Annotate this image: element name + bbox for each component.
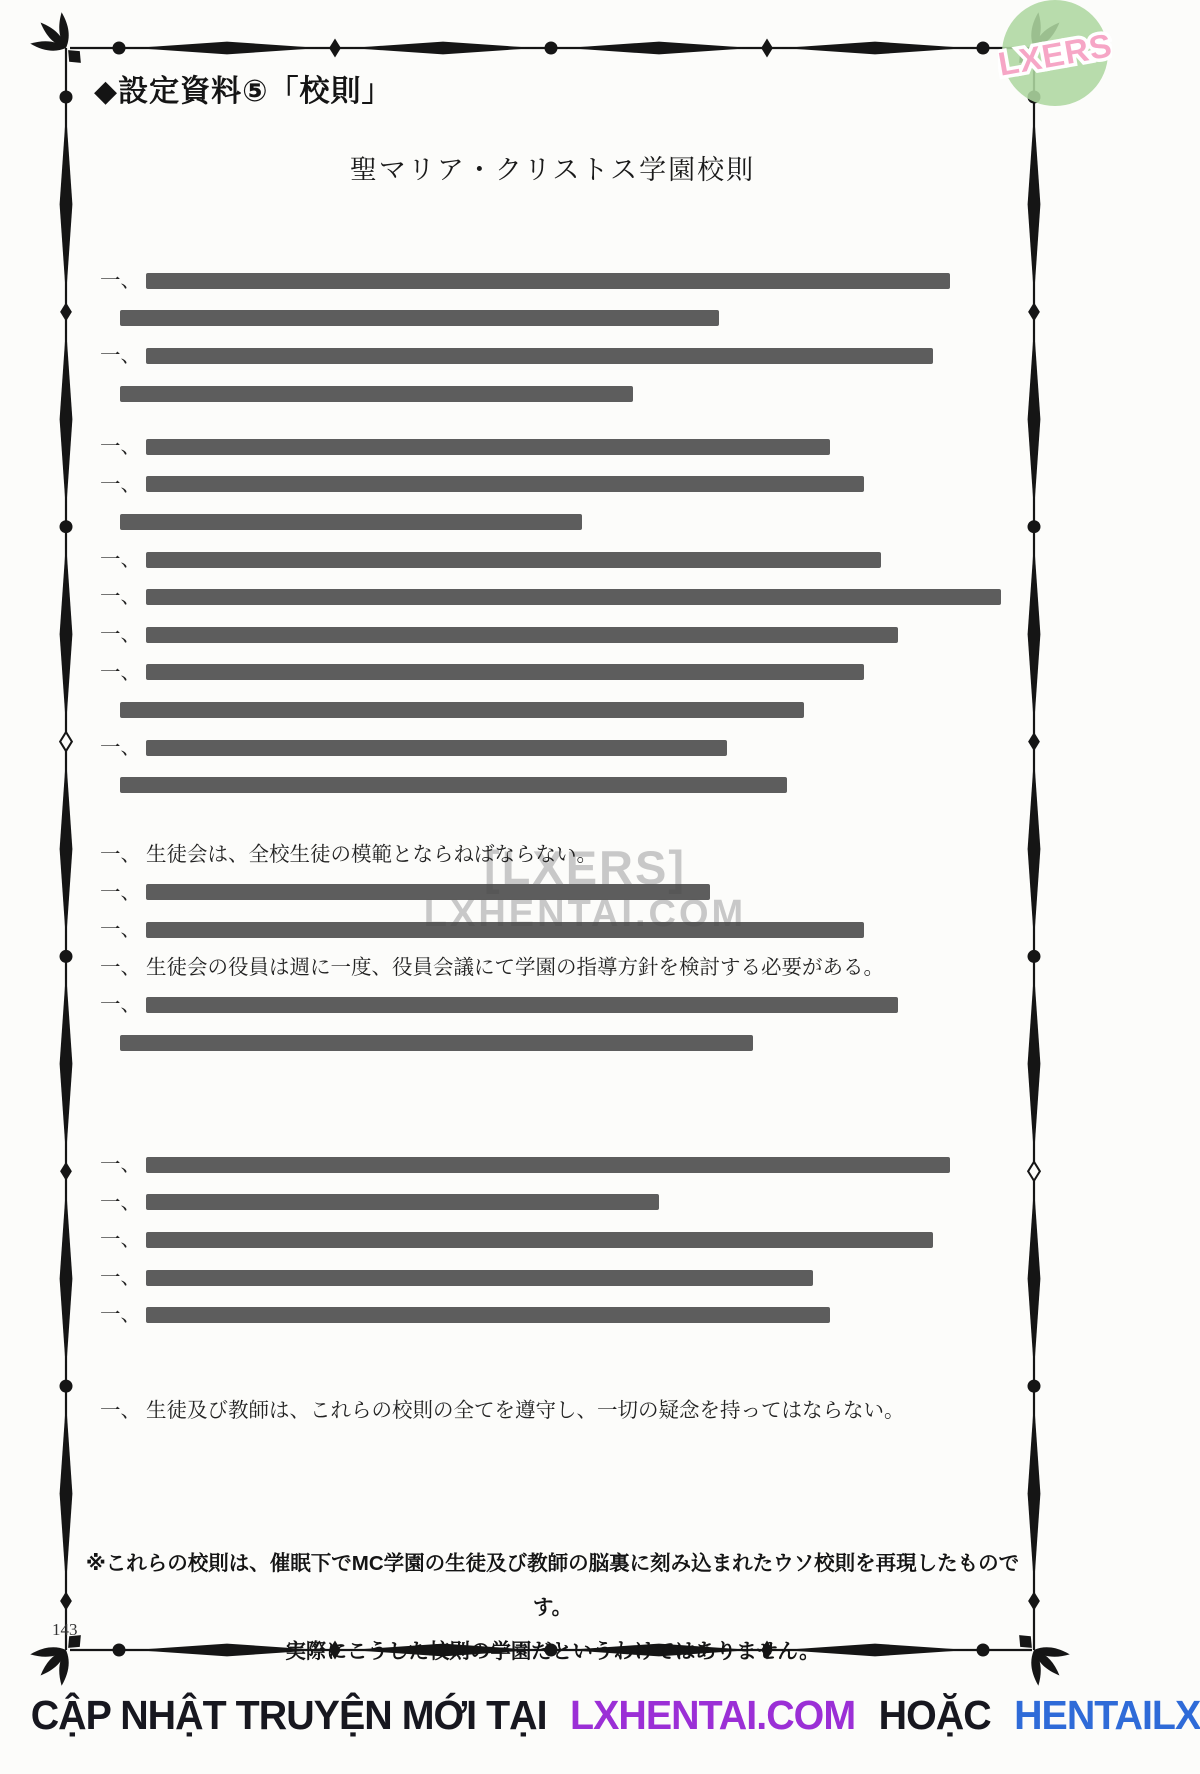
rule-line: 一、 [100,466,1045,504]
footer-text-prefix: CẬP NHẬT TRUYỆN MỚI TẠI [31,1692,547,1738]
rule-item-marker: 一、 [100,1392,146,1430]
redacted-text-bar [146,476,864,492]
redacted-text-bar [146,273,950,289]
redacted-text-bar [146,552,881,568]
rule-item-marker: 一、 [100,729,146,767]
redacted-text-bar [146,1194,659,1210]
rules-block-1: 一、一、 [100,262,1045,412]
rule-line: 一、 [100,428,1045,466]
redacted-text-bar [120,310,719,326]
rule-line: 一、 [100,874,1045,912]
rule-continuation-line [100,691,1045,729]
redacted-text-bar [146,664,864,680]
footer-text-middle: HOẶC [879,1692,991,1738]
section-header: ◆設定資料⑤「校則」 [94,66,392,110]
rule-line: 一、 [100,729,1045,767]
rule-item-marker: 一、 [100,578,146,616]
redacted-text-bar [120,1035,753,1051]
rule-line: 一、 [100,616,1045,654]
redacted-text-bar [146,740,727,756]
redacted-text-bar [146,884,710,900]
lxers-logo-badge: LXERS [998,0,1112,114]
rule-item-marker: 一、 [100,1259,146,1297]
rules-block-4: 一、一、一、一、一、 [100,1146,1045,1334]
rule-continuation-line [100,300,1045,338]
redacted-text-bar [146,1232,933,1248]
rule-line: 一、 [100,1296,1045,1334]
rules-block-3: 一、生徒会は、全校生徒の模範とならねばならない。一、一、一、生徒会の役員は週に一… [100,836,1045,1062]
rule-line: 一、 [100,262,1045,300]
disclaimer-note: ※これらの校則は、催眠下でMC学園の生徒及び教師の脳裏に刻み込まれたウソ校則を再… [70,1542,1035,1674]
rule-continuation-line [100,1024,1045,1062]
rule-item-marker: 一、 [100,1296,146,1334]
rule-item-marker: 一、 [100,874,146,912]
rule-item-marker: 一、 [100,949,146,987]
redacted-text-bar [120,514,582,530]
document-title: 聖マリア・クリストス学園校則 [70,148,1035,187]
redacted-text-bar [120,386,633,402]
rule-item-marker: 一、 [100,616,146,654]
rule-item-marker: 一、 [100,1146,146,1184]
rule-item-marker: 一、 [100,1221,146,1259]
redacted-text-bar [146,589,1001,605]
rule-line: 一、生徒会の役員は週に一度、役員会議にて学園の指導方針を検討する必要がある。 [100,949,1045,987]
redacted-text-bar [146,439,830,455]
page-number: 143 [52,1620,78,1640]
rule-item-marker: 一、 [100,428,146,466]
redacted-text-bar [146,997,898,1013]
rule-continuation-line [100,766,1045,804]
rule-line: 一、 [100,654,1045,692]
rule-item-marker: 一、 [100,466,146,504]
footer-banner: CẬP NHẬT TRUYỆN MỚI TẠI LXHENTAI.COM HOẶ… [24,1692,1176,1739]
rule-line: 一、生徒会は、全校生徒の模範とならねばならない。 [100,836,1045,874]
redacted-text-bar [146,348,933,364]
footer-site-hentailxx: HENTAILXX. COM [1014,1692,1200,1738]
rule-item-marker: 一、 [100,986,146,1024]
rules-block-2: 一、一、一、一、一、一、一、 [100,428,1045,804]
footer-site-lxhentai: LXHENTAI.COM [570,1692,855,1738]
redacted-text-bar [146,922,864,938]
disclaimer-line-1: ※これらの校則は、催眠下でMC学園の生徒及び教師の脳裏に刻み込まれたウソ校則を再… [70,1542,1035,1630]
rule-line: 一、 [100,1221,1045,1259]
redacted-text-bar [146,1157,950,1173]
rule-item-marker: 一、 [100,654,146,692]
rule-line: 一、 [100,541,1045,579]
redacted-text-bar [120,777,787,793]
rule-line: 一、 [100,1146,1045,1184]
redacted-text-bar [146,1307,830,1323]
rules-block-5: 一、生徒及び教師は、これらの校則の全てを遵守し、一切の疑念を持ってはならない。 [100,1392,1045,1430]
rule-continuation-line [100,375,1045,413]
rule-line: 一、 [100,911,1045,949]
rule-continuation-line [100,503,1045,541]
rule-item-marker: 一、 [100,1184,146,1222]
scanned-document-page: ◆設定資料⑤「校則」 聖マリア・クリストス学園校則 一、一、一、一、一、一、一、… [0,0,1200,1774]
disclaimer-line-2: 実際にこうした校則の学園だというわけではありません。 [70,1630,1035,1674]
redacted-text-bar [146,1270,813,1286]
rule-text: 生徒及び教師は、これらの校則の全てを遵守し、一切の疑念を持ってはならない。 [146,1392,905,1430]
rule-line: 一、 [100,1259,1045,1297]
rule-line: 一、 [100,986,1045,1024]
rule-text: 生徒会の役員は週に一度、役員会議にて学園の指導方針を検討する必要がある。 [146,949,884,987]
rule-line: 一、 [100,337,1045,375]
rule-line: 一、生徒及び教師は、これらの校則の全てを遵守し、一切の疑念を持ってはならない。 [100,1392,1045,1430]
rule-text: 生徒会は、全校生徒の模範とならねばならない。 [146,836,597,874]
rule-item-marker: 一、 [100,262,146,300]
redacted-text-bar [120,702,804,718]
redacted-text-bar [146,627,898,643]
rule-item-marker: 一、 [100,836,146,874]
rule-item-marker: 一、 [100,541,146,579]
rule-item-marker: 一、 [100,337,146,375]
rule-item-marker: 一、 [100,911,146,949]
rule-line: 一、 [100,1184,1045,1222]
rule-line: 一、 [100,578,1045,616]
